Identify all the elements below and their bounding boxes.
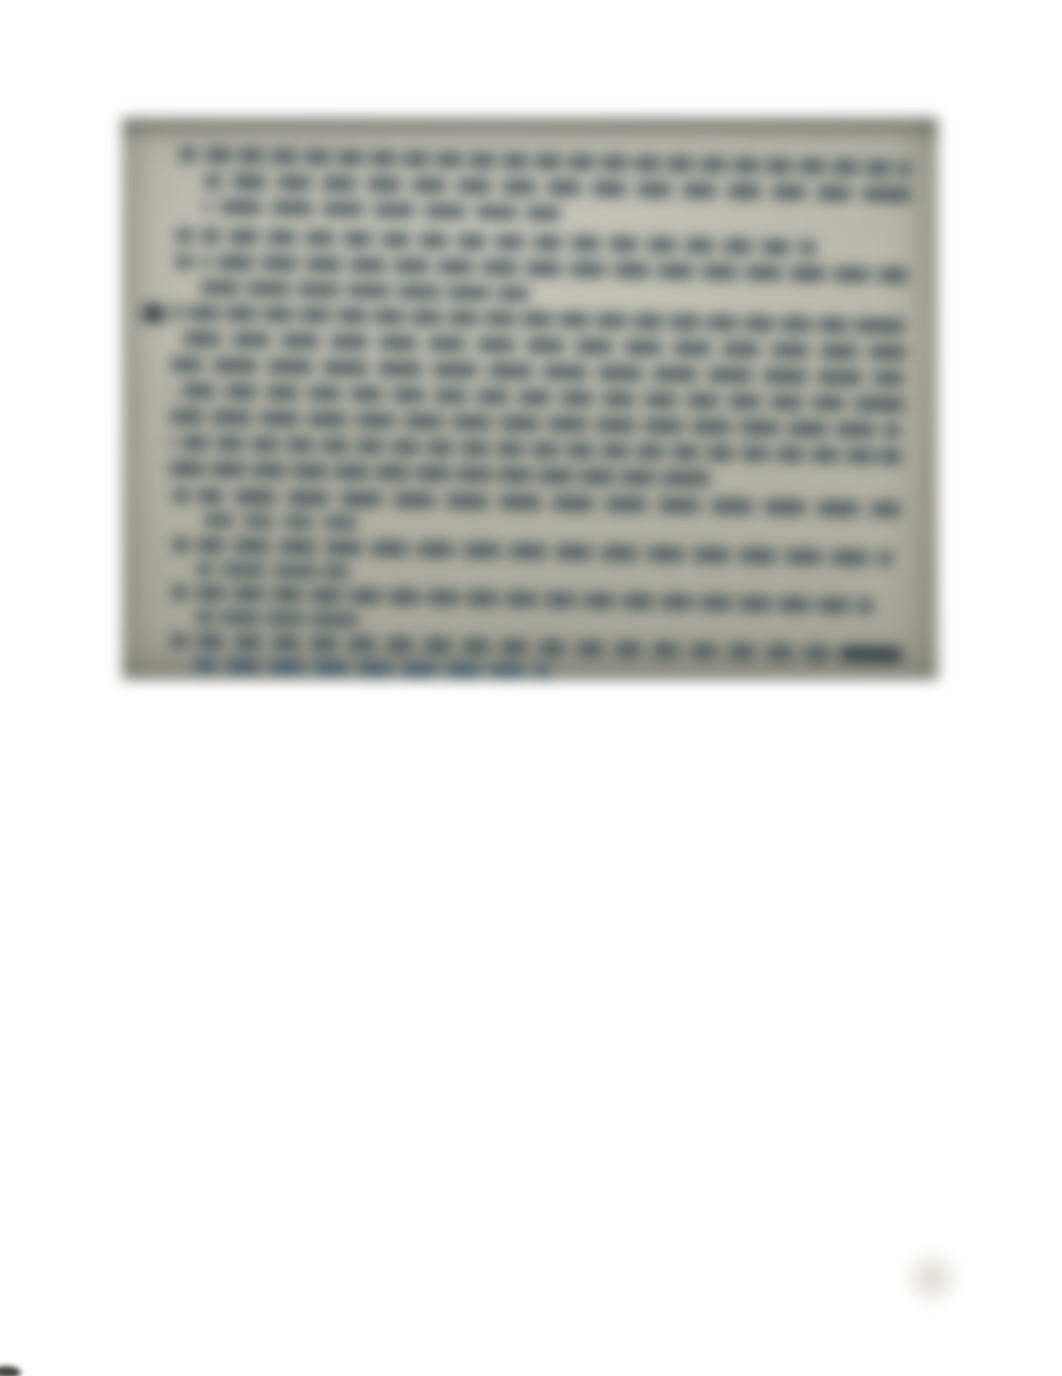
blurred-text-line bbox=[195, 633, 840, 660]
blurred-text-line bbox=[201, 255, 907, 284]
page-edge-artifact bbox=[0, 1366, 21, 1376]
blurred-list-marker bbox=[173, 537, 189, 552]
blurred-text-line bbox=[197, 514, 360, 530]
blurred-text-layer bbox=[111, 118, 938, 696]
blurred-text-line bbox=[202, 229, 816, 256]
blurred-text-line bbox=[171, 357, 903, 386]
blurred-text-line bbox=[201, 281, 529, 301]
blurred-text-line bbox=[170, 435, 902, 464]
photo-paper-surface bbox=[122, 118, 938, 680]
blurred-text-line bbox=[194, 658, 549, 678]
blurred-list-marker bbox=[177, 228, 193, 243]
blurred-text-line bbox=[171, 383, 905, 412]
blurred-list-marker bbox=[174, 488, 190, 503]
document-photo bbox=[122, 118, 938, 680]
blurred-list-marker bbox=[179, 147, 196, 162]
blurred-text-line bbox=[205, 148, 911, 177]
page-number-blurred bbox=[900, 1246, 964, 1310]
blurred-text-line bbox=[205, 174, 911, 203]
document-page bbox=[0, 0, 1062, 1376]
blurred-list-marker bbox=[840, 646, 902, 662]
blurred-text-line bbox=[170, 409, 900, 438]
blurred-text-line bbox=[169, 461, 715, 486]
blurred-text-line bbox=[195, 611, 358, 627]
blurred-list-marker bbox=[172, 585, 188, 600]
blurred-text-line bbox=[196, 563, 349, 579]
blurred-text-line bbox=[172, 305, 904, 334]
blurred-list-marker bbox=[143, 304, 164, 322]
blurred-list-marker bbox=[176, 254, 192, 269]
blurred-text-line bbox=[196, 586, 873, 614]
blurred-text-line bbox=[204, 200, 560, 221]
blurred-text-line bbox=[198, 489, 901, 517]
blurred-text-line bbox=[197, 538, 892, 566]
blurred-list-marker bbox=[171, 633, 187, 648]
blurred-text-line bbox=[172, 331, 906, 360]
